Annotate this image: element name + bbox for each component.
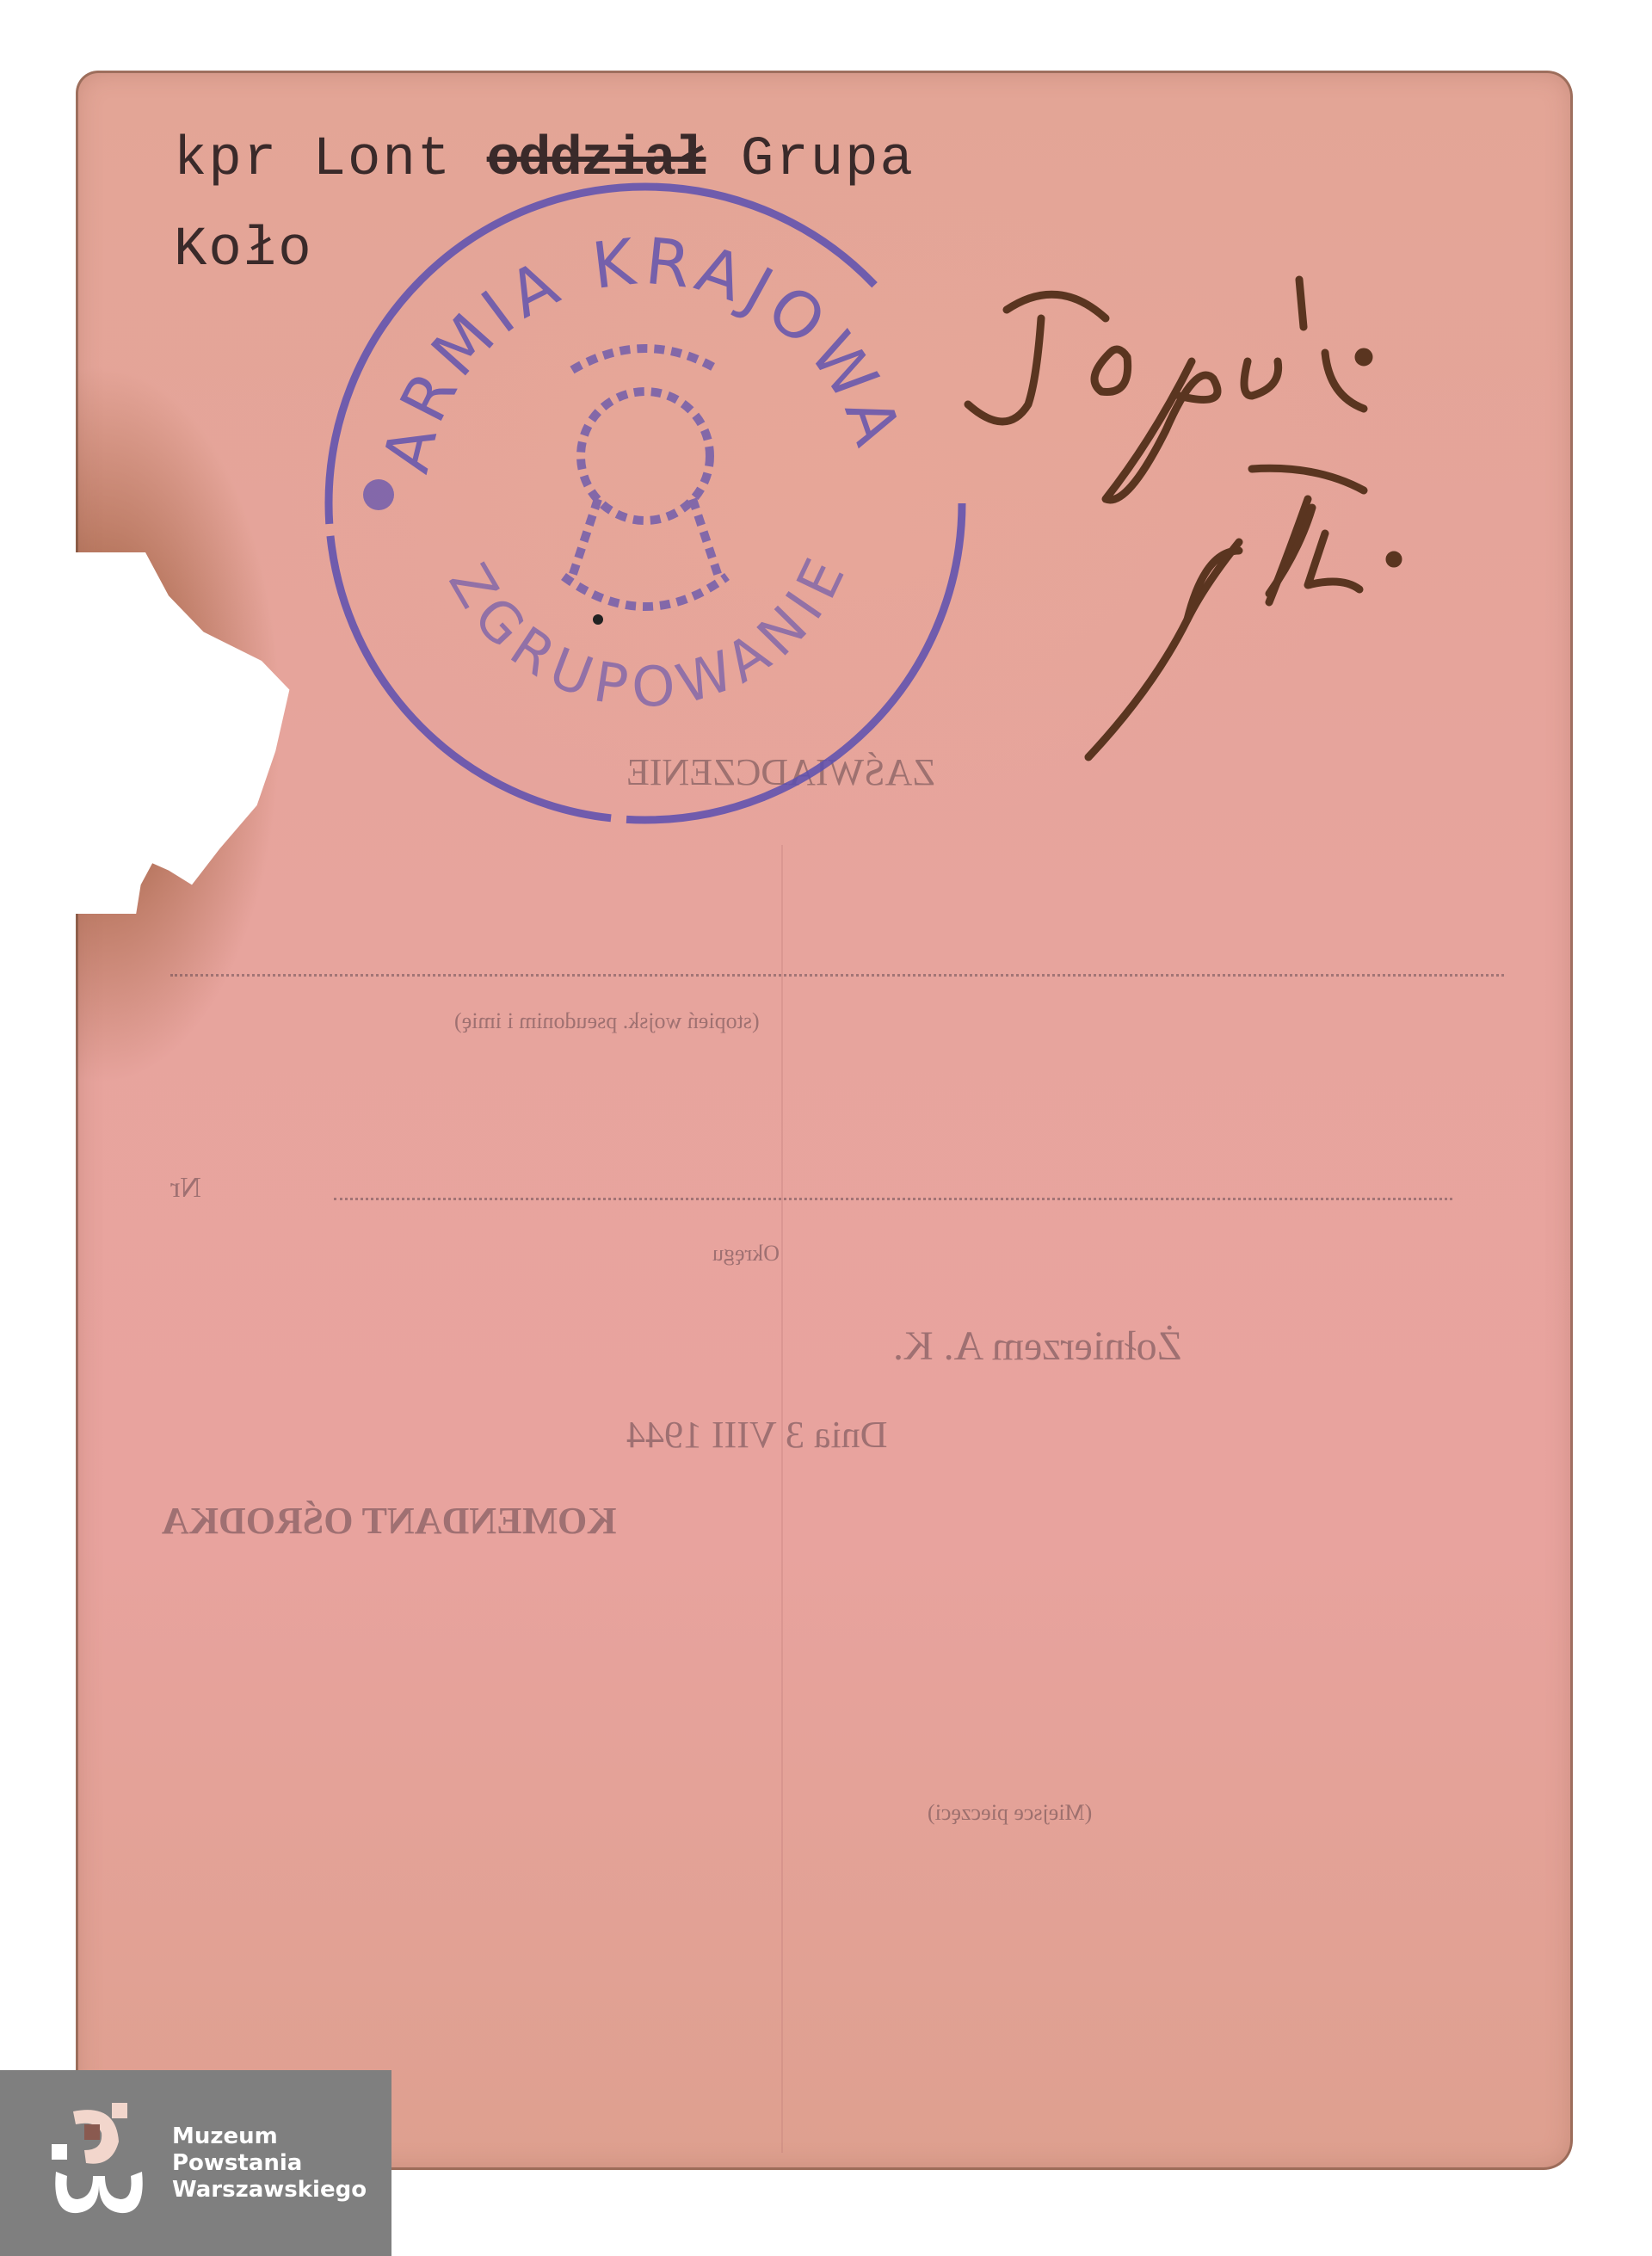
museum-name-line2: Powstania xyxy=(172,2150,367,2177)
museum-name-line3: Warszawskiego xyxy=(172,2177,367,2204)
museum-name-line1: Muzeum xyxy=(172,2123,367,2150)
handwritten-signature: Topór płk. xyxy=(955,258,1514,774)
bleed-caption: (stopień wojsk. pseudonim i imię) xyxy=(454,1008,760,1034)
typed-unit-name: Koło xyxy=(174,219,313,281)
bleed-date: Dnia 3 VIII 1944 xyxy=(626,1413,887,1457)
bleed-okregu: Okręgu xyxy=(712,1241,780,1267)
fold-crease xyxy=(781,845,783,2153)
museum-name: Muzeum Powstania Warszawskiego xyxy=(172,2123,367,2204)
bleed-nr: Nr xyxy=(170,1172,201,1205)
burned-edge xyxy=(76,552,308,914)
bleed-seal-place: (Miejsce pieczęci) xyxy=(928,1800,1092,1826)
armia-krajowa-stamp-icon: ARMIA KRAJOWA ZGRUPOWANIE xyxy=(314,172,977,835)
signature-line1: Topór xyxy=(989,411,992,414)
svg-text:ZGRUPOWANIE: ZGRUPOWANIE xyxy=(436,542,861,721)
form-line-2 xyxy=(334,1198,1452,1200)
signature-line2: płk. xyxy=(1127,619,1130,620)
stamp-bottom-text: ZGRUPOWANIE xyxy=(436,542,861,721)
form-line-1 xyxy=(170,974,1504,977)
bleed-soldier: Żołnierzem A. K. xyxy=(893,1322,1182,1370)
museum-watermark: Muzeum Powstania Warszawskiego xyxy=(0,2070,391,2256)
bleed-commander: KOMENDANT OŚRODKA xyxy=(162,1499,616,1543)
museum-logo-icon xyxy=(52,2103,155,2223)
